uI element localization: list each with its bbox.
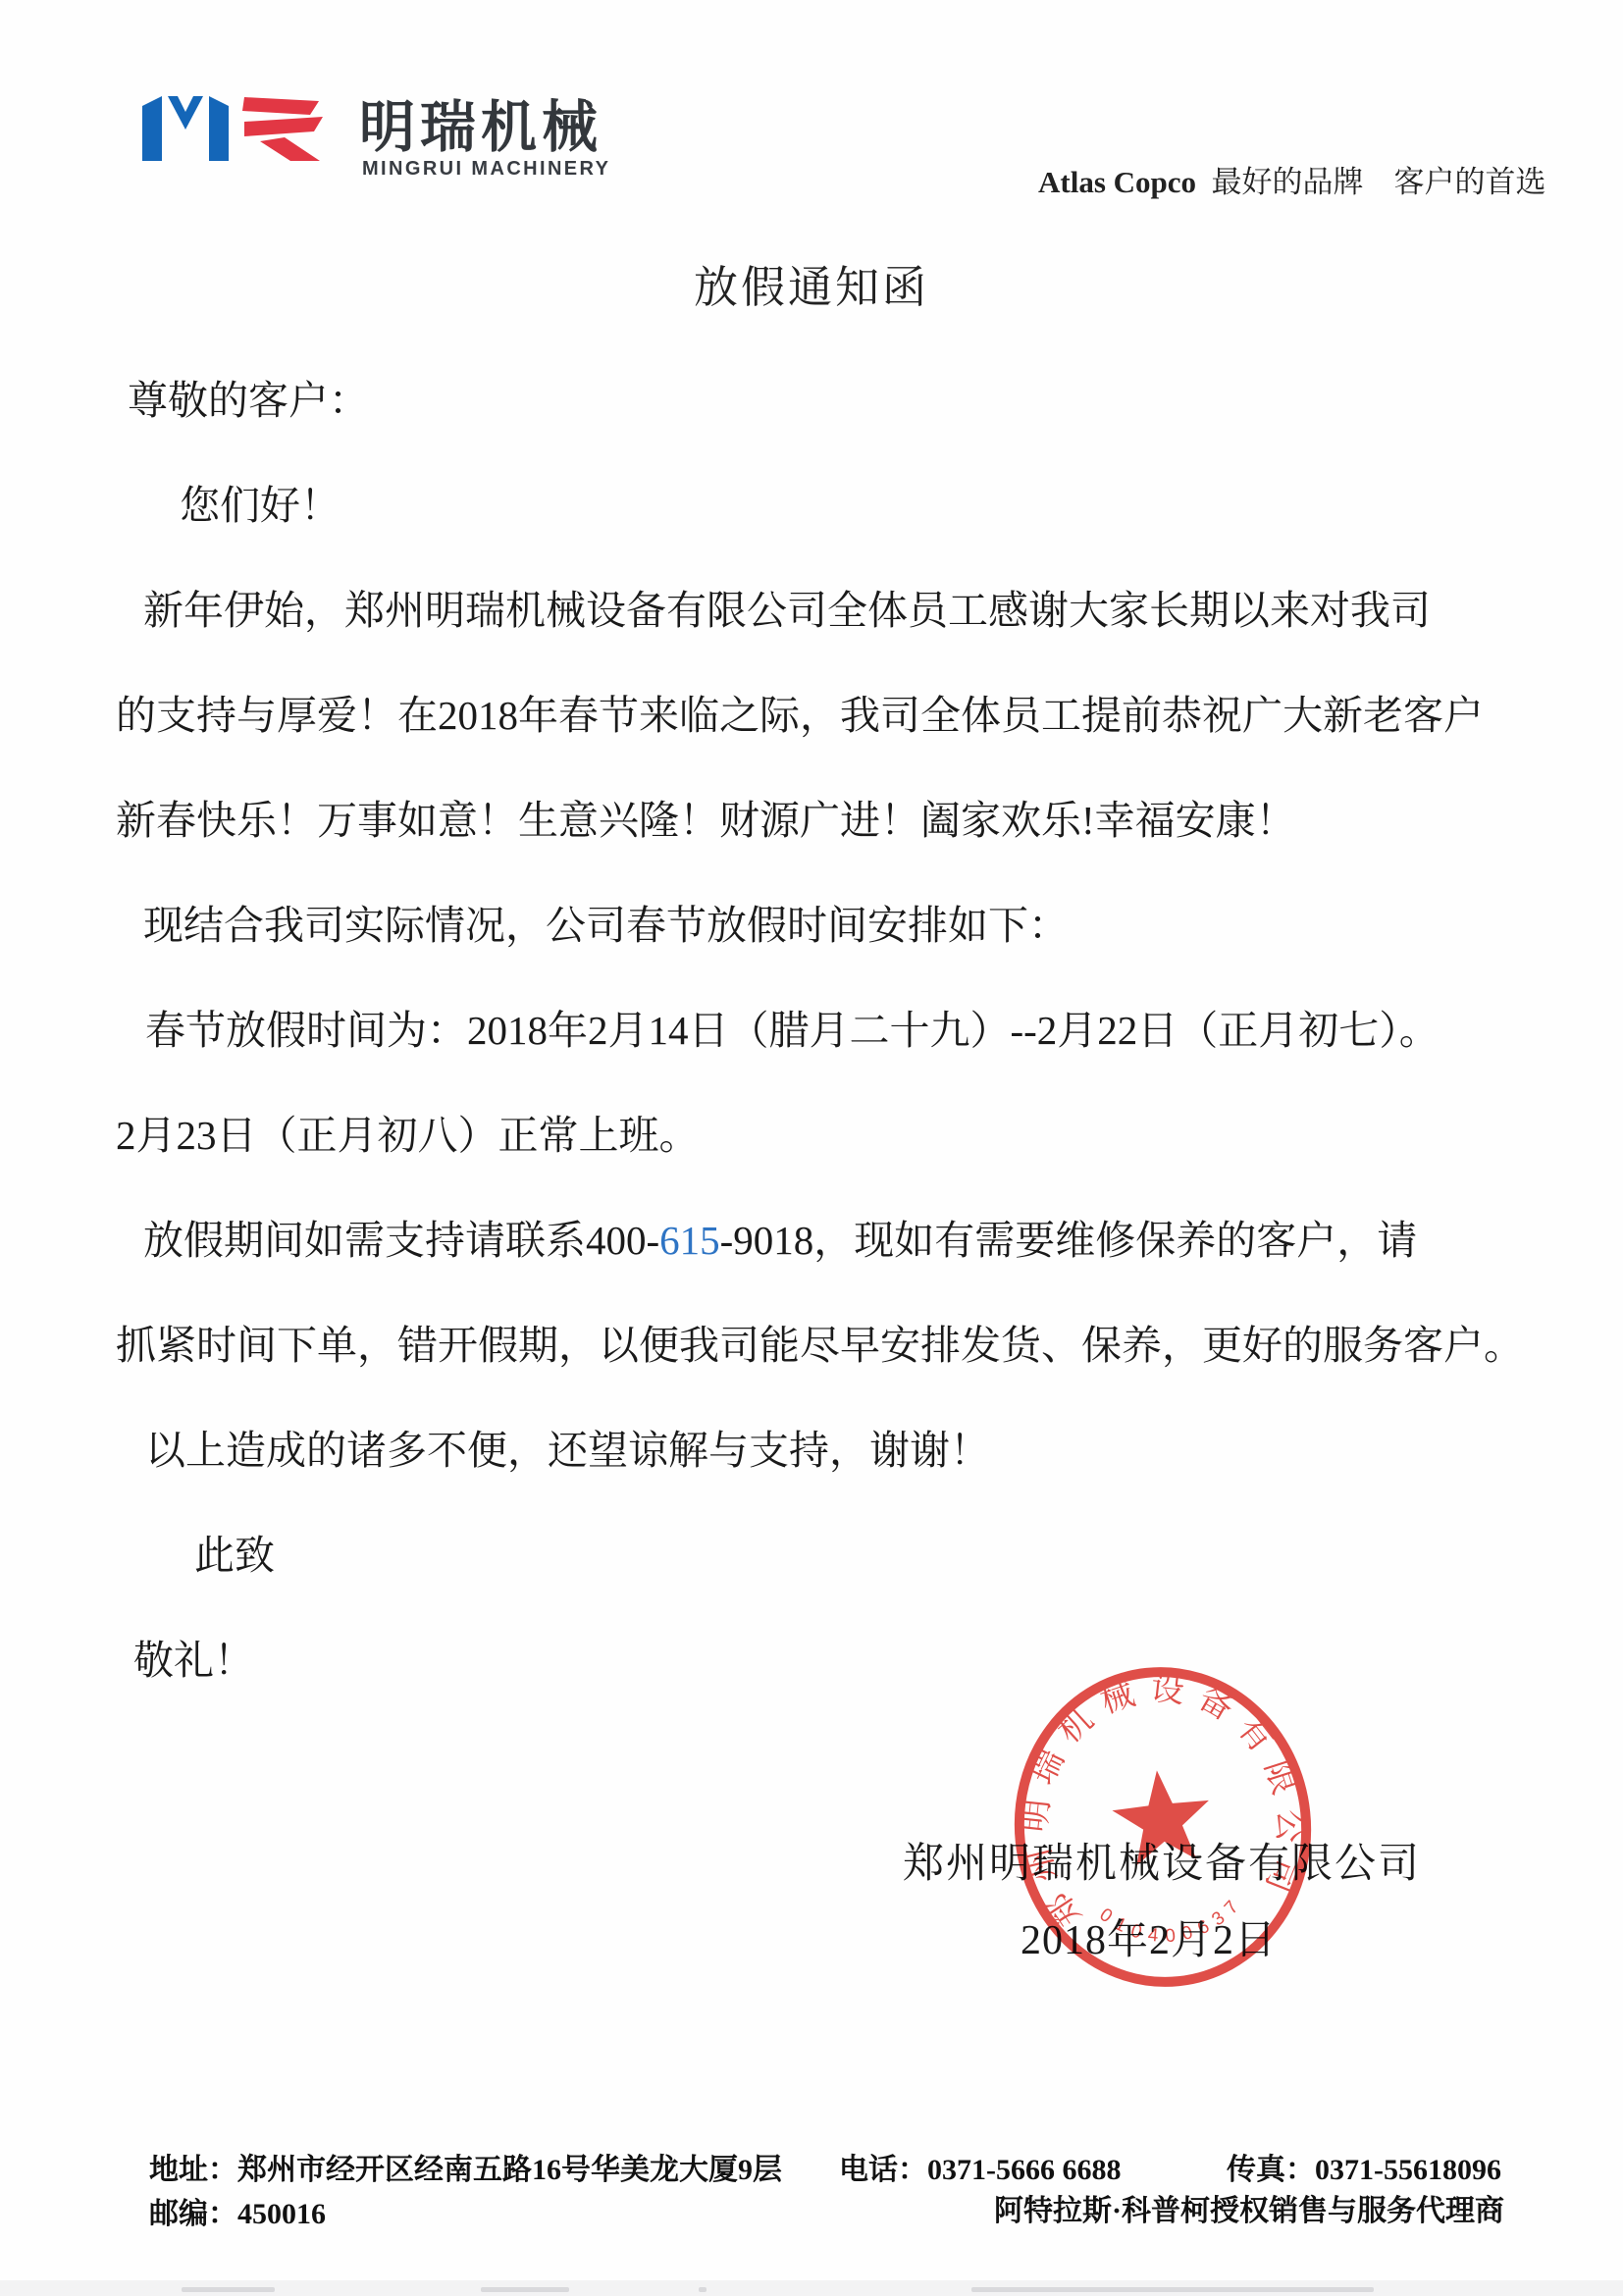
svg-text:010400637: 010400637 [1094,1890,1252,1954]
slogan-brand-name: Atlas Copco [1038,165,1196,199]
company-name-cn: 明瑞机械 [359,82,602,163]
letter-body: 尊敬的客户： 您们好！ 新年伊始，郑州明瑞机械设备有限公司全体员工感谢大家长期以… [116,348,1519,1713]
footer-address-label: 地址： [149,2154,237,2186]
body-line-holiday-dates: 春节放假时间为：2018年2月14日（腊月二十九）--2月22日（正月初七）。 [116,978,1519,1083]
scan-artifact [481,2287,569,2292]
logo-r-mark [242,97,323,161]
letter-title: 放假通知函 [0,251,1623,315]
footer-tel-label: 电话： [839,2154,927,2186]
footer-fax-label: 传真： [1227,2154,1315,2186]
body-line-support-phone: 放假期间如需支持请联系400-615-9018，现如有需要维修保养的客户，请 [116,1188,1519,1293]
body-line: 您们好！ [116,453,1519,558]
footer-address-value: 郑州市经开区经南五路16号华美龙大厦9层 [237,2154,782,2186]
phone-highlight: 615 [659,1218,720,1263]
footer-address: 地址：郑州市经开区经南五路16号华美龙大厦9层 [149,2145,782,2188]
footer-agent: 阿特拉斯·科普柯授权销售与服务代理商 [994,2186,1504,2229]
company-logo [142,92,353,166]
body-line: 2月23日（正月初八）正常上班。 [116,1083,1519,1188]
logo-m-mark [142,96,229,161]
scan-artifact [699,2287,707,2292]
body-line: 抓紧时间下单，错开假期，以便我司能尽早安排发货、保养，更好的服务客户。 [116,1293,1519,1398]
slogan-text: 最好的品牌 客户的首选 [1212,165,1546,199]
body-line-salutation: 尊敬的客户： [116,348,1519,453]
logo-mr-mark [142,92,353,161]
letter-page: 明瑞机械 MINGRUI MACHINERY Atlas Copco 最好的品牌… [0,0,1623,2296]
brand-slogan: Atlas Copco 最好的品牌 客户的首选 [1038,157,1546,201]
scan-artifact-strip [0,2280,1623,2296]
company-stamp: 郑州明瑞机械设备有限公司 010400637 [1003,1655,1323,2004]
stamp-serial: 010400637 [1094,1890,1252,1954]
body-line: 的支持与厚爱！在2018年春节来临之际，我司全体员工提前恭祝广大新老客户 [116,663,1519,768]
scan-artifact [971,2287,1374,2292]
body-line: 新春快乐！万事如意！生意兴隆！财源广进！阖家欢乐!幸福安康！ [116,768,1519,873]
footer-fax: 传真：0371-55618096 [1227,2145,1501,2188]
phone-line-pre: 放假期间如需支持请联系400- [143,1218,659,1263]
slogan-spacer [1196,165,1212,199]
footer-tel: 电话：0371-5666 6688 [839,2145,1122,2188]
footer-zip-value: 450016 [237,2198,326,2230]
company-name-en: MINGRUI MACHINERY [362,158,610,181]
body-line-cizhi: 此致 [116,1503,1519,1608]
footer-fax-value: 0371-55618096 [1315,2154,1501,2186]
body-line: 以上造成的诸多不便，还望谅解与支持，谢谢！ [116,1398,1519,1503]
scan-artifact [182,2287,275,2292]
footer-tel-value: 0371-5666 6688 [927,2154,1122,2186]
body-line: 新年伊始，郑州明瑞机械设备有限公司全体员工感谢大家长期以来对我司 [116,558,1519,663]
phone-line-post: -9018，现如有需要维修保养的客户，请 [720,1218,1418,1263]
stamp-star [1109,1765,1215,1867]
body-line: 现结合我司实际情况，公司春节放假时间安排如下： [116,873,1519,978]
footer-zip: 邮编：450016 [149,2189,326,2232]
footer-zip-label: 邮编： [149,2198,237,2230]
